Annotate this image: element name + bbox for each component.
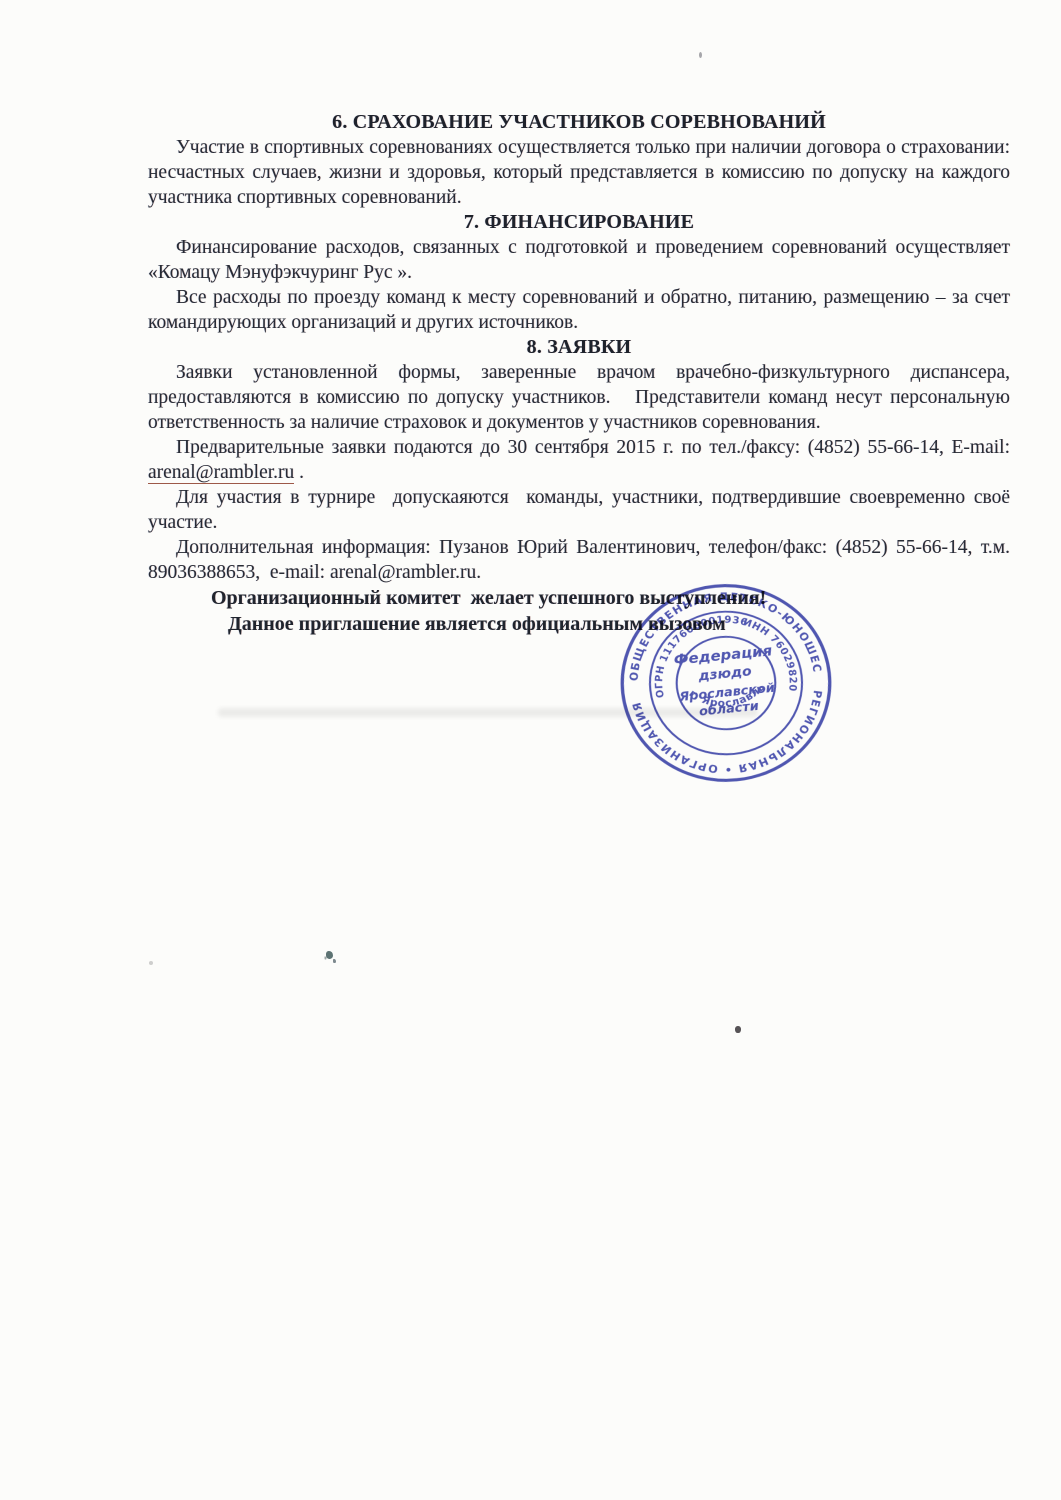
section-7-heading: 7. ФИНАНСИРОВАНИЕ	[148, 210, 1010, 235]
closing-wish-line: Организационный комитет желает успешного…	[148, 585, 1010, 611]
stamp-center-line-2: дзюдо	[697, 665, 753, 685]
preliminary-text: Предварительные заявки подаются до 30 се…	[176, 437, 1010, 458]
email-link: arenal@rambler.ru	[148, 462, 294, 484]
stamp-outer-circle	[613, 577, 839, 789]
preliminary-applications-paragraph: Предварительные заявки подаются до 30 се…	[148, 435, 1010, 485]
stamp-middle-circle	[642, 605, 809, 762]
insurance-paragraph: Участие в спортивных соревнованиях осуще…	[148, 135, 1010, 210]
scan-speck-4	[149, 961, 153, 965]
tournament-admission-paragraph: Для участия в турнире допускаяются коман…	[148, 485, 1010, 535]
preliminary-text-end: .	[294, 462, 304, 483]
stamp-graphic: ОБЩЕСТВЕННАЯ ДЕТСКО-ЮНОШЕСКАЯ РЕГИОНАЛЬН…	[613, 577, 839, 789]
section-6-heading: 6. СРАХОВАНИЕ УЧАСТНИКОВ СОРЕВНОВАНИЙ	[148, 110, 1010, 135]
scan-speck-2	[735, 1026, 741, 1033]
applications-paragraph: Заявки установленной формы, заверенные в…	[148, 360, 1010, 435]
document-content: 6. СРАХОВАНИЕ УЧАСТНИКОВ СОРЕВНОВАНИЙ Уч…	[148, 110, 1010, 637]
scan-speck-3	[699, 52, 702, 58]
scanned-document-page: 6. СРАХОВАНИЕ УЧАСТНИКОВ СОРЕВНОВАНИЙ Уч…	[0, 0, 1061, 1500]
scan-speck-1	[326, 951, 333, 959]
financing-paragraph-2: Все расходы по проезду команд к месту со…	[148, 285, 1010, 335]
additional-info-paragraph: Дополнительная информация: Пузанов Юрий …	[148, 535, 1010, 585]
official-invitation-line: Данное приглашение является официальным …	[148, 611, 1010, 637]
stamp-center-line-1: Федерация	[673, 644, 773, 669]
financing-paragraph-1: Финансирование расходов, связанных с под…	[148, 235, 1010, 285]
judo-federation-stamp: ОБЩЕСТВЕННАЯ ДЕТСКО-ЮНОШЕСКАЯ РЕГИОНАЛЬН…	[613, 577, 839, 789]
section-8-heading: 8. ЗАЯВКИ	[148, 335, 1010, 360]
